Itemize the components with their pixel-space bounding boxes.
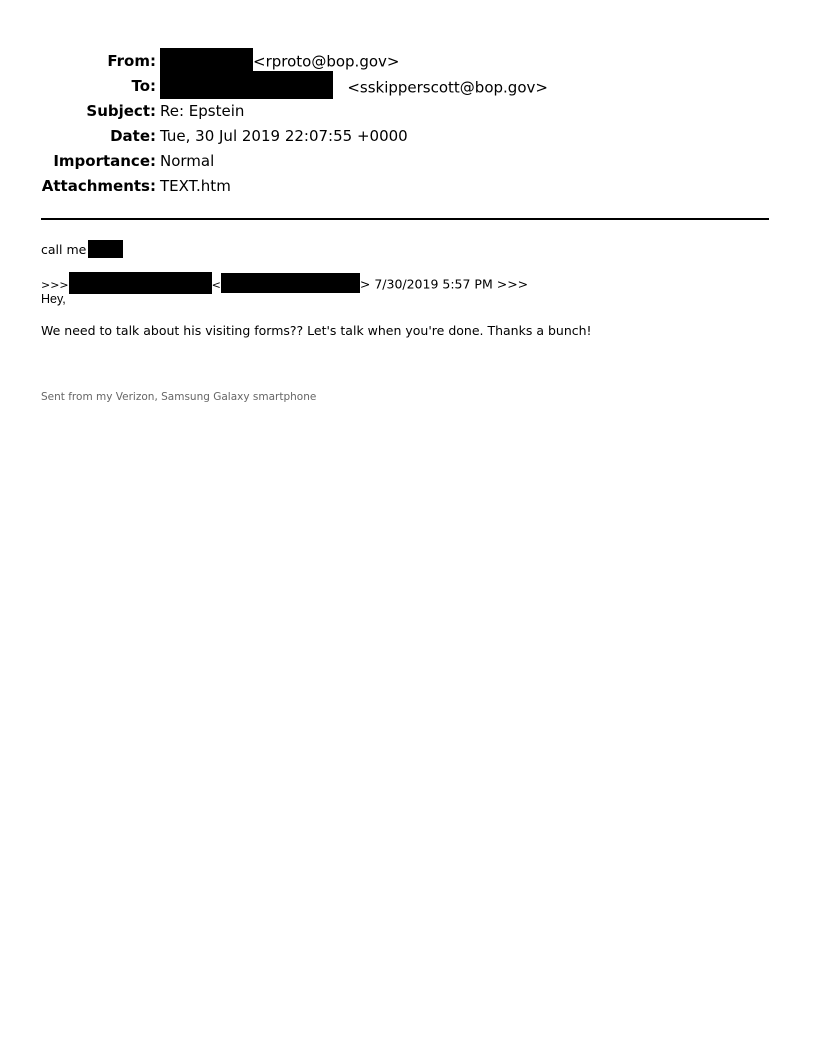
redaction-box bbox=[221, 273, 360, 293]
redaction-box bbox=[160, 48, 253, 72]
attachments-value[interactable]: TEXT.htm bbox=[160, 177, 231, 195]
importance-row: Importance: Normal bbox=[0, 152, 816, 177]
from-email: <rproto@bop.gov> bbox=[253, 53, 399, 71]
date-row: Date: Tue, 30 Jul 2019 22:07:55 +0000 bbox=[0, 127, 816, 152]
from-value: <rproto@bop.gov> bbox=[160, 52, 399, 72]
header-divider bbox=[41, 218, 769, 220]
subject-row: Subject: Re: Epstein bbox=[0, 102, 816, 127]
redaction-box bbox=[160, 71, 333, 99]
importance-value: Normal bbox=[160, 152, 214, 170]
subject-label: Subject: bbox=[86, 102, 156, 120]
date-value: Tue, 30 Jul 2019 22:07:55 +0000 bbox=[160, 127, 408, 145]
importance-label: Importance: bbox=[53, 152, 156, 170]
message: We need to talk about his visiting forms… bbox=[41, 323, 592, 338]
subject-value: Re: Epstein bbox=[160, 102, 244, 120]
greeting: Hey, bbox=[41, 292, 66, 306]
quote-lt: < bbox=[212, 279, 221, 292]
attachments-label: Attachments: bbox=[42, 177, 156, 195]
reply-text: call me bbox=[41, 242, 86, 257]
attachments-row: Attachments: TEXT.htm bbox=[0, 177, 816, 202]
date-label: Date: bbox=[110, 127, 156, 145]
reply-line: call me bbox=[41, 242, 123, 258]
quote-meta: > 7/30/2019 5:57 PM >>> bbox=[360, 277, 528, 292]
to-email: <sskipperscott@bop.gov> bbox=[347, 79, 548, 97]
to-label: To: bbox=[131, 77, 156, 95]
redaction-box bbox=[88, 240, 123, 258]
to-row: To: <sskipperscott@bop.gov> bbox=[0, 77, 816, 102]
redaction-box bbox=[69, 272, 212, 294]
quote-header: >>><> 7/30/2019 5:57 PM >>> bbox=[41, 276, 528, 294]
to-value: <sskipperscott@bop.gov> bbox=[160, 77, 548, 99]
quote-prefix: >>> bbox=[41, 279, 69, 292]
from-label: From: bbox=[107, 52, 156, 70]
signature: Sent from my Verizon, Samsung Galaxy sma… bbox=[41, 391, 316, 403]
from-row: From: <rproto@bop.gov> bbox=[0, 52, 816, 77]
